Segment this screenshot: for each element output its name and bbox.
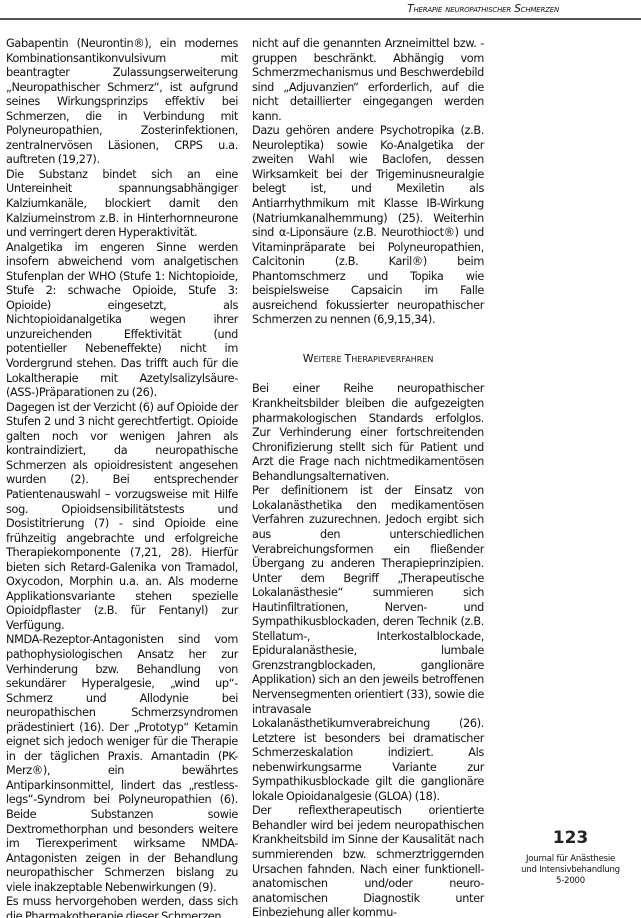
section-heading: Weitere Therapieverfahren — [252, 352, 484, 367]
right-column: nicht auf die genannten Arzneimittel bzw… — [252, 37, 484, 918]
paragraph: Per definitionem ist der Einsatz von Lok… — [252, 484, 484, 804]
paragraph: Gabapentin (Neurontin®), ein modernes Ko… — [6, 37, 238, 168]
paragraph: nicht auf die genannten Arzneimittel bzw… — [252, 37, 484, 124]
header-rule — [0, 18, 641, 20]
page-footer: 123 Journal für Anästhesie und Intensivb… — [500, 828, 641, 887]
paragraph: Der reflextherapeutisch orientierte Beha… — [252, 804, 484, 918]
paragraph: Analgetika im engeren Sinne werden insof… — [6, 241, 238, 401]
left-column: Gabapentin (Neurontin®), ein modernes Ko… — [6, 37, 238, 918]
paragraph: Dazu gehören andere Psychotropika (z.B. … — [252, 124, 484, 328]
journal-name-line2: und Intensivbehandlung — [500, 865, 641, 876]
paragraph: NMDA-Rezeptor-Antagonisten sind vom path… — [6, 633, 238, 895]
paragraph: Die Substanz bindet sich an eine Unterei… — [6, 168, 238, 241]
paragraph: Es muss hervorgehoben werden, dass sich … — [6, 895, 238, 918]
journal-issue: 5-2000 — [500, 876, 641, 887]
running-header: Therapie neuropathischer Schmerzen — [0, 0, 641, 20]
paragraph: Bei einer Reihe neuropathischer Krankhei… — [252, 382, 484, 484]
running-title: Therapie neuropathischer Schmerzen — [407, 3, 559, 15]
paragraph: Dagegen ist der Verzicht (6) auf Opioide… — [6, 401, 238, 634]
page-number: 123 — [500, 828, 641, 848]
journal-name-line1: Journal für Anästhesie — [500, 854, 641, 865]
